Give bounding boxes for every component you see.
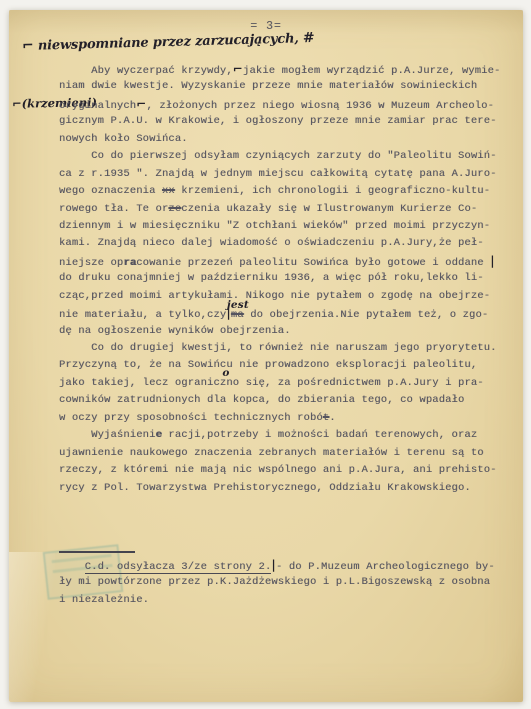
typed-text: w oczy przy sposobności technicznych rob… (59, 412, 323, 424)
typed-text: rzeczy, z któremi nie mają nic wspólnego… (59, 464, 497, 476)
typed-text: Co do pierwszej odsyłam czyniących zarzu… (59, 150, 497, 162)
typed-text: jakie mogłem wyrządzić p.A.Jurze, wymie- (243, 65, 500, 77)
typed-line: rowego tła. Te orzeczenia ukazały się w … (59, 201, 515, 218)
typed-line: do druku conajmniej w październiku 1936,… (59, 270, 515, 287)
typed-text: no się, za pośrednictwem p.A.Jury i pra- (226, 377, 483, 389)
handwritten-mark: ⌐ (136, 97, 146, 111)
typed-text: rowego tła. Te or (59, 203, 168, 215)
typed-text: Co do drugiej kwestji, to również nie na… (59, 342, 497, 354)
typed-text: . (329, 412, 335, 424)
footnote-divider-rule (59, 551, 135, 553)
handwritten-insertion-text: jest (227, 297, 249, 314)
typed-line: Aby wyczerpać krzywdy,⌐jakie mogłem wyrz… (59, 61, 515, 78)
typed-text: dziennym i w miesięczniku "Z otchłani wi… (59, 220, 490, 232)
typed-text: krzemieni, ich chronologii i geograficzn… (175, 185, 490, 197)
typed-text: dę na ogłoszenie wyników obejrzenia. (59, 325, 291, 337)
typed-line: cowników zatrudnionych dla kopca, do zbi… (59, 392, 515, 409)
typed-text (59, 561, 85, 573)
typed-text: oryginalnych (59, 100, 136, 112)
footnote: C.d. odsyłacza 3/ze strony 2.|- do P.Muz… (59, 557, 515, 609)
typed-line: niam dwie kwestje. Wyzyskanie przeze mni… (59, 78, 515, 95)
typed-line: rzeczy, z któremi nie mają nic wspólnego… (59, 462, 515, 479)
annotation-text: niewspomniane przez zarzucających, (38, 31, 299, 53)
typed-text: ły mi powtórzone przez p.K.Jażdżewskiego… (59, 576, 490, 588)
typed-text: gicznym P.A.U. w Krakowie, i ogłoszony p… (59, 115, 497, 127)
typed-line: dę na ogłoszenie wyników obejrzenia. (59, 323, 515, 340)
typed-line: Przyczyną to, że na Sowińcu nie prowadzo… (59, 357, 515, 374)
deletion-mark-icon: # (303, 30, 315, 46)
typed-line: jako takiej, lecz ograniczono się, za po… (59, 375, 515, 392)
typed-text: do obejrzenia.Nie pytałem też, o zgo- (244, 309, 489, 321)
typed-line: ca z r.1935 ". Znajdą w jednym miejscu c… (59, 166, 515, 183)
typed-text: Aby wyczerpać krzywdy, (59, 65, 233, 77)
typed-text: kami. Znajdą nieco dalej wiadomość o ośw… (59, 237, 484, 249)
typed-text: , złożonych przez niego wiosną 1936 w Mu… (147, 100, 495, 112)
typed-text: C.d. odsyłacza 3/ze strony 2. (85, 561, 272, 574)
typed-line: ujawnienie naukowego znaczenia zebranych… (59, 445, 515, 462)
typed-line: Co do pierwszej odsyłam czyniących zarzu… (59, 148, 515, 165)
typed-line: Wyjaśnienie racji,potrzeby i możności ba… (59, 427, 515, 444)
typed-line: rycy z Pol. Towarzystwa Prehistorycznego… (59, 480, 515, 497)
typed-line: nie materiału, a tylko,czy|jestma do obe… (59, 305, 515, 322)
typed-text: niam dwie kwestje. Wyzyskanie przeze mni… (59, 80, 477, 92)
typed-line: dziennym i w miesięczniku "Z otchłani wi… (59, 218, 515, 235)
typed-text: ujawnienie naukowego znaczenia zebranych… (59, 447, 484, 459)
typed-line: cząc,przed moimi artykułami. Nikogo nie … (59, 288, 515, 305)
typed-text: ca z r.1935 ". Znajdą w jednym miejscu c… (59, 168, 497, 180)
typed-text: nie materiału, a tylko,czy (59, 309, 226, 321)
typed-text: i niezależnie. (59, 594, 149, 606)
typed-text: nowych koło Sowińca. (59, 133, 188, 145)
typed-text: ra (123, 257, 136, 269)
document-body: Aby wyczerpać krzywdy,⌐jakie mogłem wyrz… (59, 61, 515, 609)
handwritten-mark: ⌐ (233, 62, 243, 76)
typed-text: czenia ukazały się w Ilustrowanym Kurier… (181, 203, 477, 215)
handwritten-mark: | (490, 254, 495, 268)
footnote-gap (59, 497, 515, 551)
typed-text: wego oznaczenia (59, 185, 162, 197)
typed-line: i niezależnie. (59, 592, 515, 609)
typed-text: cowników zatrudnionych dla kopca, do zbi… (59, 394, 464, 406)
typed-text: cowanie przezeń paleolitu Sowińca było g… (136, 257, 490, 269)
typed-text: niejsze op (59, 257, 123, 269)
typed-paragraphs: Aby wyczerpać krzywdy,⌐jakie mogłem wyrz… (59, 61, 515, 497)
typed-line: niejsze opracowanie przezeń paleolitu So… (59, 253, 515, 270)
typewritten-page: = 3= ⌐ niewspomniane przez zarzucających… (9, 10, 523, 702)
typed-text: - do P.Muzeum Archeologicznego by- (276, 561, 495, 573)
typed-line: kami. Znajdą nieco dalej wiadomość o ośw… (59, 235, 515, 252)
typed-line: oryginalnych⌐, złożonych przez niego wio… (59, 96, 515, 113)
typed-text: cząc,przed moimi artykułami. Nikogo nie … (59, 290, 490, 302)
paragraph: Co do drugiej kwestji, to również nie na… (59, 340, 515, 427)
typed-text: Przyczyną to, że na Sowińcu nie prowadzo… (59, 359, 477, 371)
typed-line: w oczy przy sposobności technicznych rob… (59, 410, 515, 427)
struck-text: ze (168, 203, 181, 215)
typed-line: ły mi powtórzone przez p.K.Jażdżewskiego… (59, 574, 515, 591)
typed-text: racji,potrzeby i możności badań terenowy… (162, 429, 477, 441)
typed-text: do druku conajmniej w październiku 1936,… (59, 272, 484, 284)
typed-text: jako takiej, lecz ogranicz (59, 377, 226, 389)
struck-text: xx (162, 185, 175, 197)
typed-line: C.d. odsyłacza 3/ze strony 2.|- do P.Muz… (59, 557, 515, 574)
handwritten-insertion-text: o (222, 365, 229, 382)
paragraph: Co do pierwszej odsyłam czyniących zarzu… (59, 148, 515, 340)
paragraph: Aby wyczerpać krzywdy,⌐jakie mogłem wyrz… (59, 61, 515, 148)
typed-line: gicznym P.A.U. w Krakowie, i ogłoszony p… (59, 113, 515, 130)
handwritten-top-annotation: ⌐ niewspomniane przez zarzucających, # (22, 30, 315, 54)
typed-text: rycy z Pol. Towarzystwa Prehistorycznego… (59, 482, 471, 494)
typed-line: wego oznaczenia xx krzemieni, ich chrono… (59, 183, 515, 200)
paragraph: Wyjaśnienie racji,potrzeby i możności ba… (59, 427, 515, 497)
typed-line: nowych koło Sowińca. (59, 131, 515, 148)
typed-line: Co do drugiej kwestji, to również nie na… (59, 340, 515, 357)
typed-text: Wyjaśnieni (59, 429, 156, 441)
insertion-mark-icon: ⌐ (22, 38, 34, 54)
